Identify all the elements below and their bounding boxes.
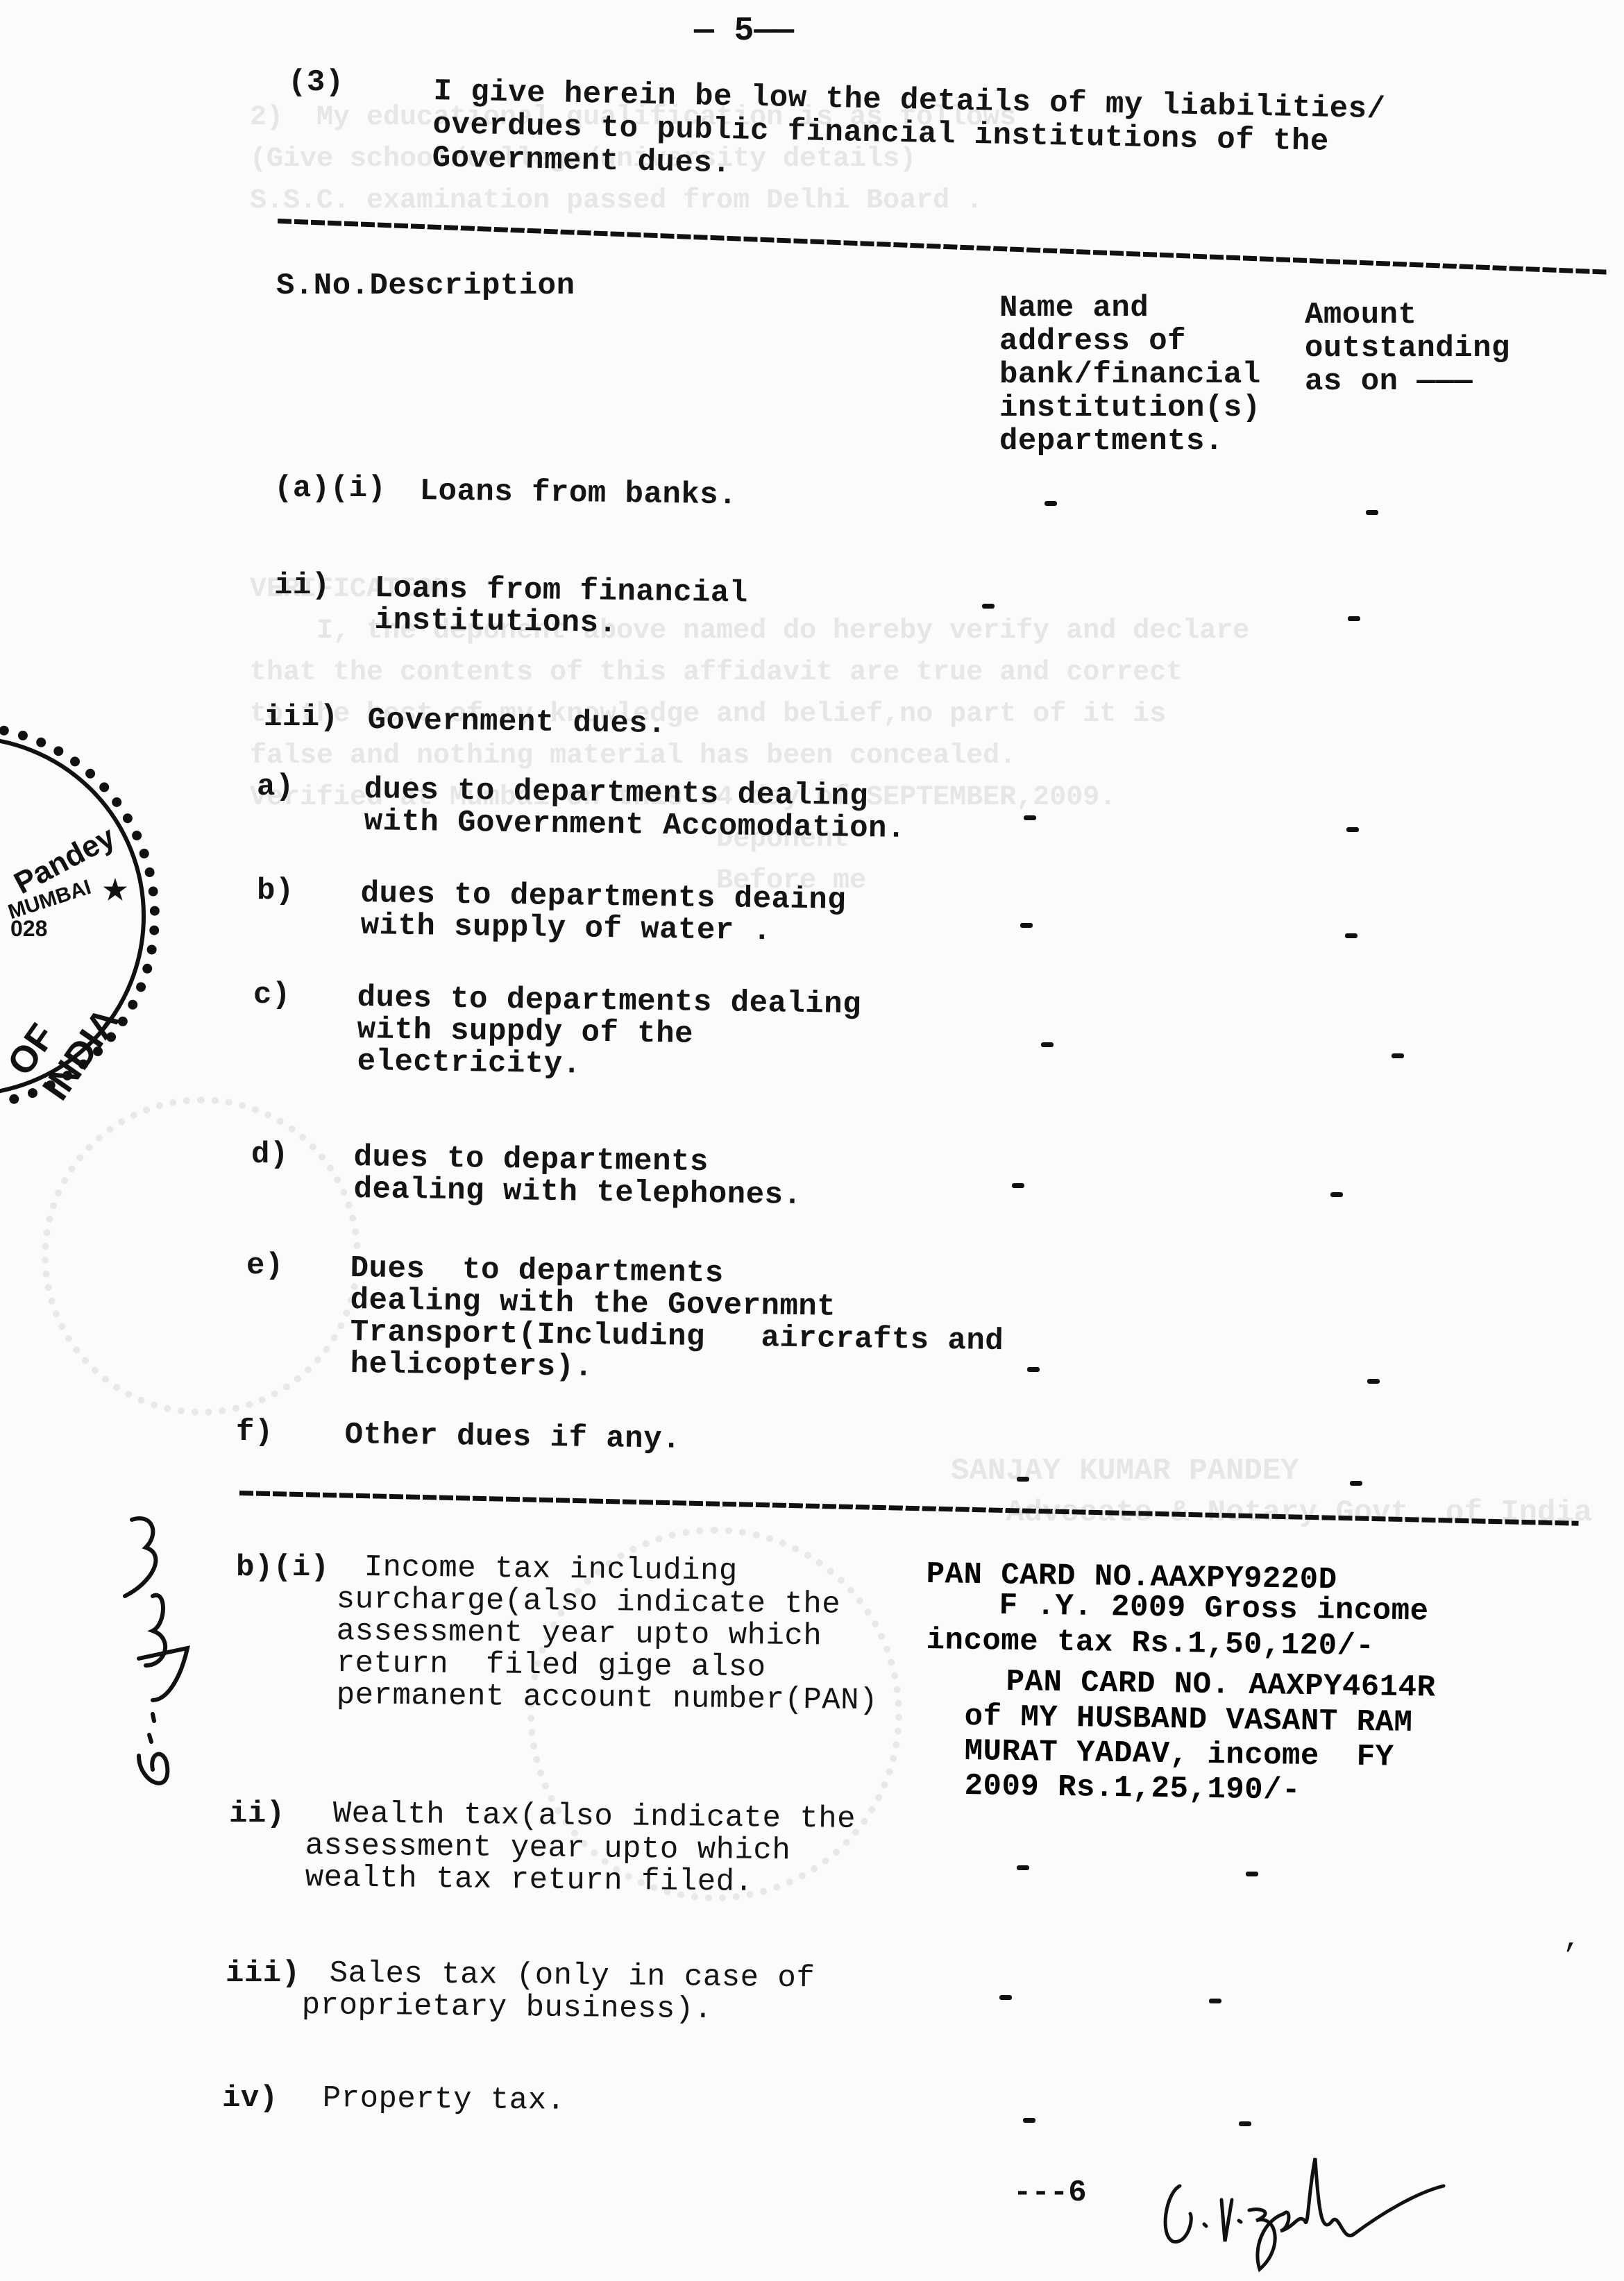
margin-signature xyxy=(111,1506,194,1797)
item-description-line: Other dues if any. xyxy=(344,1418,681,1457)
name-address-dash xyxy=(1012,1183,1024,1188)
pan-detail-line: income tax Rs.1,50,120/- xyxy=(926,1624,1374,1663)
header-line: as on ——— xyxy=(1305,365,1510,398)
header-line: address of xyxy=(999,325,1261,358)
amount-dash xyxy=(1392,1053,1404,1058)
header-sno-description: S.No.Description xyxy=(276,269,575,303)
item-description-line: institutions. xyxy=(374,604,617,641)
pan-detail-line: F .Y. 2009 Gross income xyxy=(999,1589,1428,1629)
item-description-line: Property tax. xyxy=(322,2082,565,2118)
name-address-dash xyxy=(1044,501,1057,506)
name-address-dash xyxy=(1017,1477,1029,1482)
name-address-dash xyxy=(1041,1042,1054,1047)
section-number: (3) xyxy=(288,66,344,99)
item-label: a) xyxy=(257,770,294,804)
margin-mark: ‚ xyxy=(1562,1922,1580,1956)
pan-detail-line: MURAT YADAV, income FY xyxy=(964,1735,1394,1774)
header-line: institution(s) xyxy=(999,391,1261,425)
amount-dash xyxy=(1348,616,1360,621)
header-line: bank/financial xyxy=(999,358,1261,391)
item-label: iv) xyxy=(222,2082,278,2115)
amount-dash xyxy=(1209,1999,1221,2003)
item-label: b) xyxy=(257,874,294,908)
name-address-dash xyxy=(1020,923,1033,928)
pan-detail-line: of MY HUSBAND VASANT RAM xyxy=(964,1700,1412,1740)
item-label: f) xyxy=(236,1416,273,1449)
name-address-dash xyxy=(1017,1865,1029,1870)
affidavit-page: 2) My educational qualification is as fo… xyxy=(0,0,1624,2281)
amount-dash xyxy=(1350,1481,1362,1486)
header-line: Amount xyxy=(1305,298,1510,332)
ghost-stamp xyxy=(42,1096,361,1416)
name-address-dash xyxy=(982,604,995,609)
amount-dash xyxy=(1367,1379,1380,1384)
item-label: ii) xyxy=(274,569,330,602)
item-description-line: permanent account number(PAN) xyxy=(336,1679,878,1718)
name-address-dash xyxy=(1024,815,1036,820)
item-description-line: helicopters). xyxy=(350,1348,593,1384)
amount-dash xyxy=(1345,933,1357,938)
amount-dash xyxy=(1246,1872,1258,1876)
table-top-rule xyxy=(278,219,1609,275)
item-label: c) xyxy=(253,978,291,1012)
item-description-line: wealth tax return filed. xyxy=(305,1861,753,1899)
bottom-signature xyxy=(1152,2110,1513,2276)
item-label: iii) xyxy=(264,701,339,734)
item-label: d) xyxy=(251,1138,289,1171)
item-label: ii) xyxy=(229,1797,285,1831)
item-label: iii) xyxy=(226,1957,301,1990)
item-description-line: with supply of water . xyxy=(360,909,772,948)
stamp-star-icon: ★ xyxy=(103,874,128,906)
item-label: (a)(i) xyxy=(274,472,386,505)
amount-dash xyxy=(1346,827,1359,832)
item-description-line: Government dues. xyxy=(367,704,666,741)
item-description-line: Loans from banks. xyxy=(419,475,737,512)
header-line: departments. xyxy=(999,425,1261,458)
item-description-line: electricity. xyxy=(357,1045,581,1082)
pan-detail-line: 2009 Rs.1,25,190/- xyxy=(964,1770,1301,1808)
item-label: b)(i) xyxy=(236,1551,330,1584)
amount-dash xyxy=(1366,510,1378,515)
item-description-line: proprietary business). xyxy=(301,1989,712,2026)
name-address-dash xyxy=(999,1995,1012,2000)
name-address-dash xyxy=(1027,1367,1040,1372)
section-intro: I give herein be low the details of my l… xyxy=(432,75,1386,193)
page-number-top: — 5—— xyxy=(694,12,794,50)
notary-stamp: Pandey MUMBAI 028 OF INDIA ★ xyxy=(0,722,160,1110)
page-number-bottom: ---6 xyxy=(1013,2176,1087,2210)
header-name-address: Name and address of bank/financial insti… xyxy=(999,291,1261,458)
header-line: outstanding xyxy=(1305,332,1510,365)
name-address-dash xyxy=(1023,2118,1035,2123)
header-line: Name and xyxy=(999,291,1261,325)
item-label: e) xyxy=(246,1249,284,1282)
header-amount: Amount outstanding as on ——— xyxy=(1305,298,1510,398)
item-description-line: dealing with telephones. xyxy=(353,1173,802,1212)
item-description-line: with Government Accomodation. xyxy=(364,805,906,846)
pan-detail-line: PAN CARD NO. AAXPY4614R xyxy=(1006,1665,1435,1705)
amount-dash xyxy=(1330,1192,1343,1197)
stamp-reg: 028 xyxy=(10,916,47,942)
